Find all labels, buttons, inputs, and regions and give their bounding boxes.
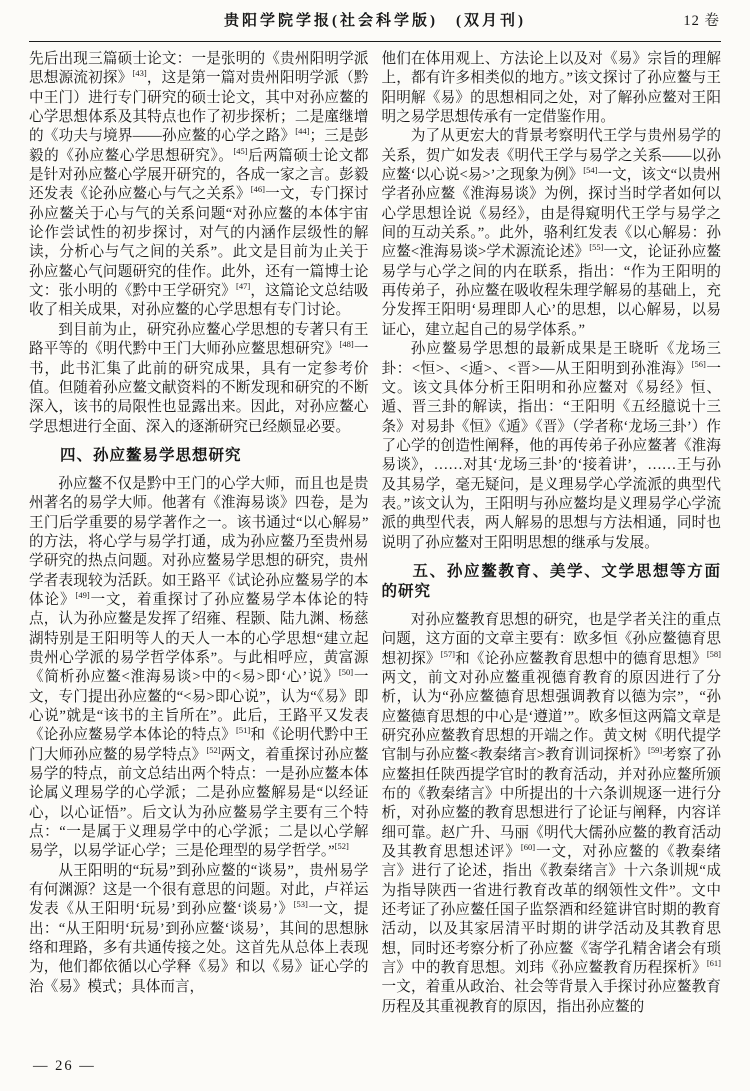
paragraph: 为了从更宏大的背景考察明代王学与贵州易学的关系，贺广如发表《明代王学与易学之关系… (382, 127, 722, 340)
citation-marker: [52] (335, 842, 349, 852)
page-number: — 26 — (33, 1058, 96, 1075)
citation-marker: [50] (339, 667, 353, 677)
column-left: 先后出现三篇硕士论文：一是张明的《贵州阳明学派思想源流初探》[43]，这是第一篇… (29, 50, 369, 1050)
paragraph: 他们在体用观上、方法论上以及对《易》宗旨的理解上，都有许多相类似的地方。”该文探… (382, 50, 722, 127)
citation-marker: [48] (340, 339, 354, 349)
citation-marker: [56] (692, 359, 706, 369)
citation-marker: [60] (521, 842, 535, 852)
paragraph: 到目前为止，研究孙应鳌心学思想的专著只有王路平等的《明代黔中王门大师孙应鳌思想研… (29, 321, 369, 437)
citation-marker: [59] (648, 745, 662, 755)
citation-marker: [47] (236, 281, 250, 291)
citation-marker: [52] (206, 745, 220, 755)
paragraph: 对孙应鳌教育思想的研究，也是学者关注的重点问题，这方面的文章主要有：欧多恒《孙应… (382, 611, 722, 1017)
paragraph: 先后出现三篇硕士论文：一是张明的《贵州阳明学派思想源流初探》[43]，这是第一篇… (29, 50, 369, 321)
citation-marker: [44] (295, 127, 309, 137)
citation-marker: [54] (583, 165, 597, 175)
citation-marker: [61] (707, 958, 721, 968)
journal-page: 贵阳学院学报(社会科学版) (双月刊) 12 卷 先后出现三篇硕士论文：一是张明… (0, 0, 750, 1091)
section-heading: 四、孙应鳌易学思想研究 (29, 446, 369, 466)
citation-marker: [43] (133, 68, 147, 78)
citation-marker: [46] (251, 185, 265, 195)
section-heading: 五、孙应鳌教育、美学、文学思想等方面的研究 (382, 562, 722, 602)
citation-marker: [53] (294, 900, 308, 910)
citation-marker: [55] (589, 243, 603, 253)
citation-marker: [49] (75, 590, 89, 600)
journal-title: 贵阳学院学报(社会科学版) (双月刊) (0, 9, 750, 30)
volume-label: 12 卷 (683, 9, 720, 30)
citation-marker: [45] (233, 146, 247, 156)
page-header: 贵阳学院学报(社会科学版) (双月刊) 12 卷 (0, 0, 750, 36)
page-body: 先后出现三篇硕士论文：一是张明的《贵州阳明学派思想源流初探》[43]，这是第一篇… (0, 42, 750, 1050)
paragraph: 孙应鳌易学思想的最新成果是王晓昕《龙场三卦：<恒>、<遁>、<晋>—从王阳明到孙… (382, 340, 722, 553)
paragraph: 孙应鳌不仅是黔中王门的心学大师，而且也是贵州著名的易学大师。他著有《淮海易谈》四… (29, 475, 369, 862)
paragraph: 从王阳明的“玩易”到孙应鳌的“谈易”，贵州易学有何渊源？这是一个很有意思的问题。… (29, 862, 369, 997)
column-right: 他们在体用观上、方法论上以及对《易》宗旨的理解上，都有许多相类似的地方。”该文探… (382, 50, 722, 1050)
citation-marker: [57] (441, 649, 455, 659)
citation-marker: [51] (236, 725, 250, 735)
citation-marker: [58] (707, 649, 721, 659)
